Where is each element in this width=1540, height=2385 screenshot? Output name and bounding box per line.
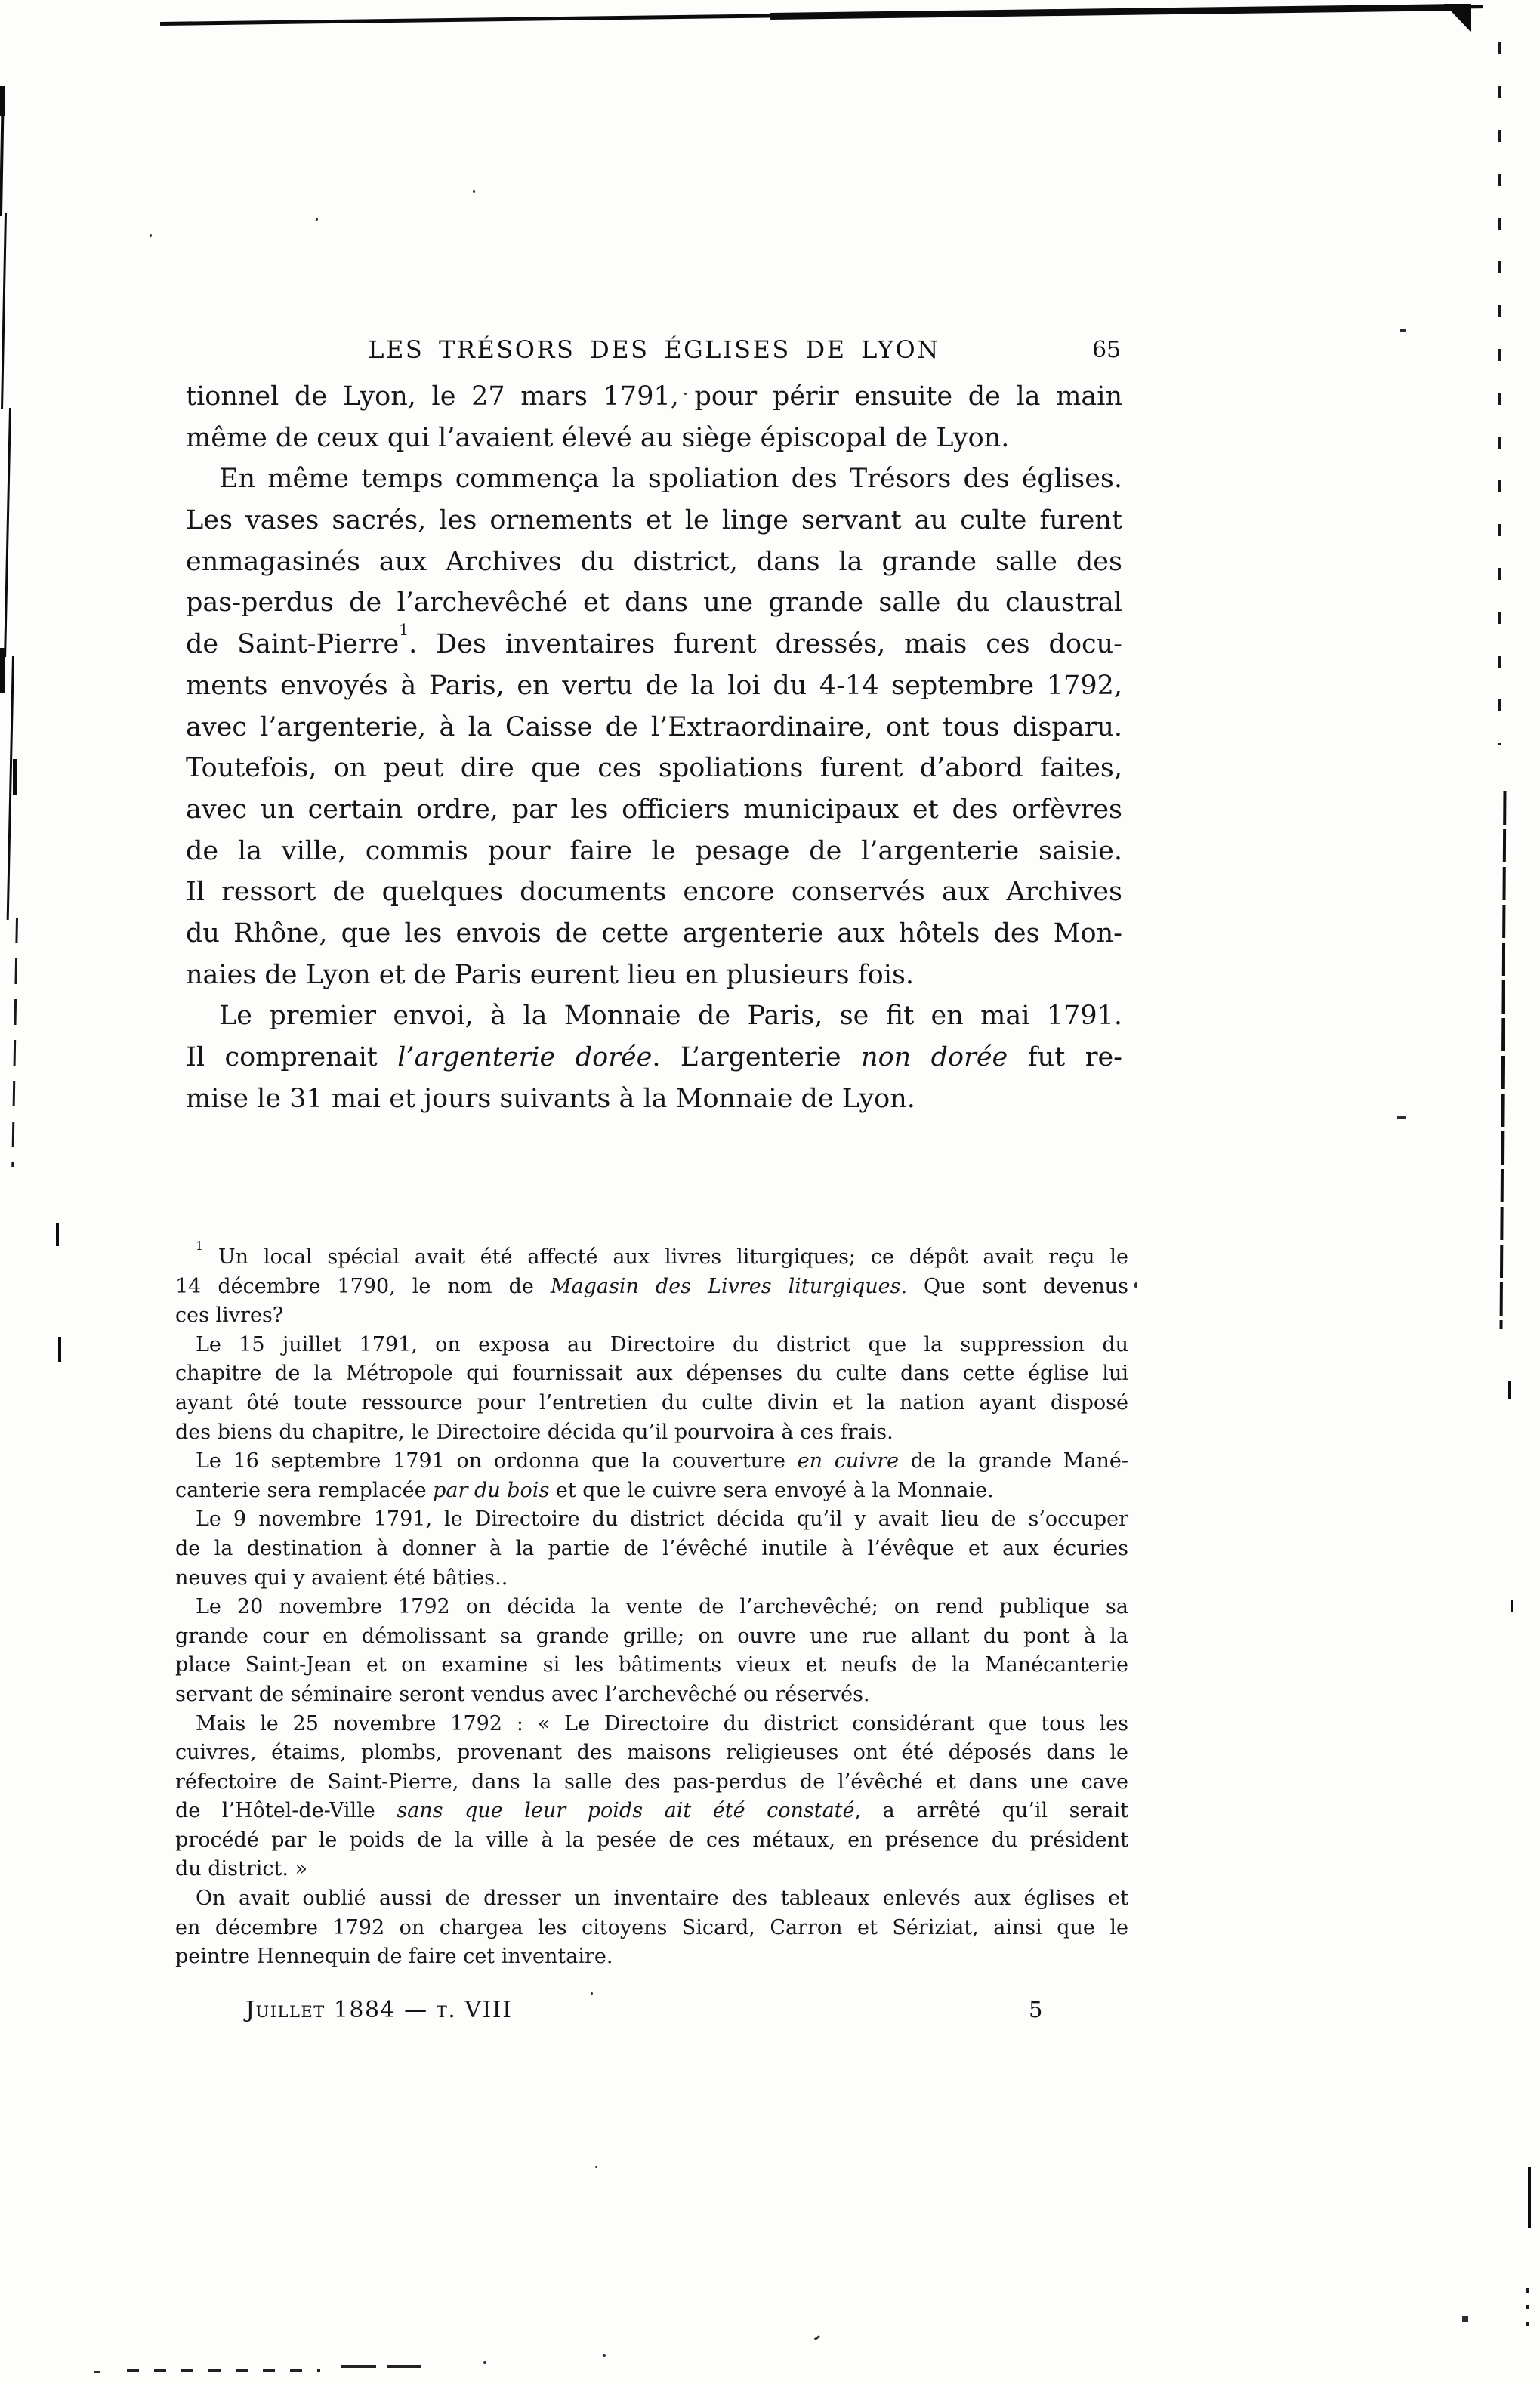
- body-text-line: Le premier envoi, à la Monnaie de Paris,…: [186, 995, 1122, 1037]
- footnote-text-line: servant de séminaire seront vendus avec …: [175, 1680, 1128, 1710]
- scan-artifact-right-edge: [1500, 791, 1506, 1329]
- footnote-text-line: place Saint-Jean et on examine si les bâ…: [175, 1651, 1128, 1680]
- body-text-line: Il comprenait l’argenterie dorée. L’arge…: [186, 1037, 1122, 1078]
- footnote-text-line: du district. »: [175, 1855, 1128, 1884]
- scan-artifact-right-edge: [1526, 2288, 1529, 2337]
- scan-speck: [150, 234, 152, 237]
- footnote-text-line: Le 16 septembre 1791 on ordonna que la c…: [175, 1447, 1128, 1476]
- body-text-line: mise le 31 mai et jours suivants à la Mo…: [186, 1078, 1122, 1120]
- body-text: tionnel de Lyon, le 27 mars 1791, pour p…: [186, 376, 1122, 1119]
- body-text-line: avec un certain ordre, par les officiers…: [186, 789, 1122, 831]
- scan-speck: [595, 2166, 597, 2168]
- footnote-text-line: grande cour en démolissant sa grande gri…: [175, 1622, 1128, 1652]
- body-text-line: même de ceux qui l’avaient élevé au sièg…: [186, 418, 1122, 459]
- scan-speck: [1134, 1282, 1137, 1288]
- scan-artifact-left-tick: [56, 1223, 59, 1246]
- imprint-line: Juillet 1884 — t. VIII: [245, 1997, 513, 2023]
- body-text-line: Toutefois, on peut dire que ces spoliati…: [186, 748, 1122, 789]
- body-text-line: Il ressort de quelques documents encore …: [186, 872, 1122, 913]
- body-text-line: du Rhône, que les envois de cette argent…: [186, 913, 1122, 955]
- body-text-line: ments envoyés à Paris, en vertu de la lo…: [186, 665, 1122, 707]
- footnote-text-line: neuves qui y avaient été bâties..: [175, 1564, 1128, 1594]
- book-page: LES TRÉSORS DES ÉGLISES DE LYON 65 tionn…: [0, 0, 1540, 2385]
- footnote-text-line: canterie sera remplacée par du bois et q…: [175, 1476, 1128, 1506]
- footnote-text-line: chapitre de la Métropole qui fournissait…: [175, 1359, 1128, 1389]
- scan-artifact-left-tick: [58, 1337, 61, 1362]
- footnote-text-line: des biens du chapitre, le Directoire déc…: [175, 1418, 1128, 1448]
- footnote-text-line: ces livres?: [175, 1301, 1128, 1331]
- scan-speck: [483, 2361, 486, 2364]
- footnote-text-line: Le 15 juillet 1791, on exposa au Directo…: [175, 1331, 1128, 1360]
- scan-artifact-right-edge: [1508, 1381, 1511, 1399]
- footnote-text-line: Mais le 25 novembre 1792 : « Le Directoi…: [175, 1710, 1128, 1739]
- scan-artifact-bottom-dashes: [341, 2365, 431, 2368]
- scan-speck: [591, 1992, 593, 1995]
- scan-artifact-top-rule-thick: [770, 4, 1454, 20]
- footnote-text-line: 1 Un local spécial avait été affecté aux…: [175, 1243, 1128, 1273]
- scan-artifact-bottom-dashes: [127, 2369, 320, 2372]
- scan-artifact-right-edge: [1498, 42, 1501, 745]
- scan-artifact-left-edge: [11, 918, 17, 1167]
- scan-artifact-left-edge: [4, 408, 11, 657]
- footnotes: 1 Un local spécial avait été affecté aux…: [175, 1243, 1128, 1972]
- footnote-text-line: procédé par le poids de la ville à la pe…: [175, 1826, 1128, 1856]
- body-text-line: enmagasinés aux Archives du district, da…: [186, 541, 1122, 583]
- signature-number: 5: [1029, 1997, 1042, 2022]
- scan-speck: [473, 190, 475, 193]
- scan-artifact-left-edge: [0, 648, 5, 693]
- scan-artifact-top-rule-wedge: [1444, 4, 1471, 32]
- scan-speck: [1462, 2316, 1468, 2322]
- scan-speck: [94, 2371, 100, 2373]
- footnote-text-line: peintre Hennequin de faire cet inventair…: [175, 1942, 1128, 1972]
- scan-artifact-right-edge: [1511, 1600, 1513, 1612]
- footnote-text-line: 14 décembre 1790, le nom de Magasin des …: [175, 1273, 1128, 1302]
- scan-speck: [1400, 329, 1406, 332]
- scan-artifact-right-edge: [1528, 2167, 1531, 2228]
- scan-artifact-left-edge: [13, 759, 17, 795]
- footnote-text-line: ayant ôté toute ressource pour l’entreti…: [175, 1389, 1128, 1418]
- scan-artifact-left-edge: [0, 86, 4, 216]
- footnote-text-line: Le 9 novembre 1791, le Directoire du dis…: [175, 1505, 1128, 1535]
- footnote-text-line: On avait oublié aussi de dresser un inve…: [175, 1884, 1128, 1914]
- body-text-line: Les vases sacrés, les ornements et le li…: [186, 500, 1122, 541]
- body-text-line: de Saint-Pierre1. Des inventaires furent…: [186, 624, 1122, 665]
- scan-speck: [814, 2335, 820, 2340]
- footnote-text-line: de la destination à donner à la partie d…: [175, 1535, 1128, 1564]
- body-text-line: de la ville, commis pour faire le pesage…: [186, 831, 1122, 872]
- running-title: LES TRÉSORS DES ÉGLISES DE LYON: [186, 335, 1122, 364]
- body-text-line: pas-perdus de l’archevêché et dans une g…: [186, 582, 1122, 624]
- footnote-text-line: de l’Hôtel-de-Ville sans que leur poids …: [175, 1797, 1128, 1826]
- scan-speck: [316, 218, 318, 221]
- footnote-text-line: cuivres, étaims, plombs, provenant des m…: [175, 1739, 1128, 1768]
- footnote-text-line: Le 20 novembre 1792 on décida la vente d…: [175, 1593, 1128, 1622]
- footnote-text-line: en décembre 1792 on chargea les citoyens…: [175, 1914, 1128, 1943]
- body-text-line: naies de Lyon et de Paris eurent lieu en…: [186, 955, 1122, 996]
- scan-speck: [1397, 1116, 1406, 1119]
- scan-speck: [603, 2354, 606, 2357]
- page-number: 65: [1092, 337, 1121, 363]
- body-text-line: avec l’argenterie, à la Caisse de l’Extr…: [186, 707, 1122, 748]
- footnote-text-line: réfectoire de Saint-Pierre, dans la sall…: [175, 1768, 1128, 1797]
- body-text-line: tionnel de Lyon, le 27 mars 1791, pour p…: [186, 376, 1122, 418]
- scan-artifact-left-edge: [1, 213, 7, 409]
- body-text-line: En même temps commença la spoliation des…: [186, 458, 1122, 500]
